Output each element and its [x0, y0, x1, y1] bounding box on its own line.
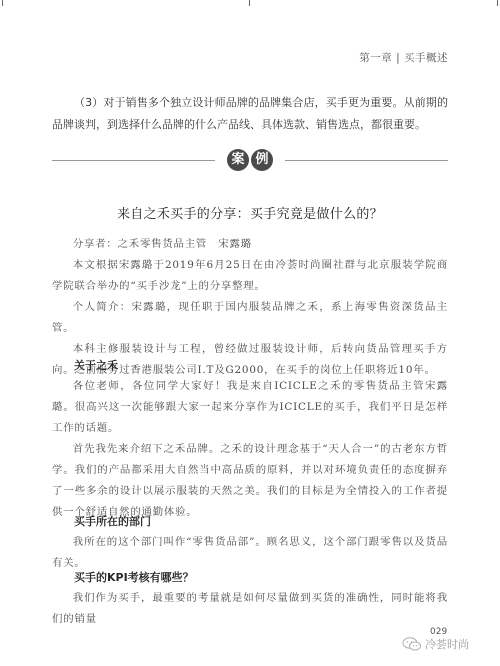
crop-mark-right [497, 0, 498, 6]
divider-rule-left [52, 160, 215, 161]
section-heading: 买手所在的部门 [52, 511, 448, 532]
watermark-text: 冷荟时尚 [425, 636, 469, 652]
intro-block: （3）对于销售多个独立设计师品牌的品牌集合店，买手更为重要。从前期的品牌谈判，到… [52, 92, 448, 135]
wechat-icon [402, 637, 422, 651]
source-note: 本文根据宋露璐于2019年6月25日在由冷荟时尚圈社群与北京服装学院商学院联合举… [52, 255, 448, 297]
crop-mark-center [249, 0, 250, 6]
case-divider: 案 例 [52, 145, 448, 175]
section-paragraph: 我们作为买手，最重要的考量就是如何尽量做到买货的准确性，同时能将我们的销量 [52, 588, 448, 630]
section-heading: 买手的KPI考核有哪些？ [52, 567, 448, 588]
case-badge-char: 例 [251, 149, 273, 171]
section-about: 关于之禾 各位老师，各位同学大家好！我是来自ICICLE之禾的零售货品主管宋露璐… [52, 355, 448, 523]
intro-paragraph: （3）对于销售多个独立设计师品牌的品牌集合店，买手更为重要。从前期的品牌谈判，到… [52, 92, 448, 135]
section-kpi: 买手的KPI考核有哪些？ 我们作为买手，最重要的考量就是如何尽量做到买货的准确性… [52, 567, 448, 630]
divider-rule-right [285, 160, 448, 161]
case-title: 来自之禾买手的分享：买手究竟是做什么的？ [52, 203, 448, 222]
bio-line: 个人简介：宋露璐，现任职于国内服装品牌之禾，系上海零售资深货品主管。 [52, 297, 448, 339]
section-paragraph: 各位老师，各位同学大家好！我是来自ICICLE之禾的零售货品主管宋露璐。很高兴这… [52, 376, 448, 439]
sharer-line: 分享者：之禾零售货品主管 宋露璐 [52, 234, 448, 255]
section-department: 买手所在的部门 我所在的这个部门叫作“零售货品部”。顾名思义，这个部门跟零售以及… [52, 511, 448, 574]
case-badge: 案 例 [227, 149, 273, 171]
section-heading: 关于之禾 [52, 355, 448, 376]
running-head: 第一章 | 买手概述 [359, 50, 448, 65]
crop-mark-left [2, 0, 3, 6]
watermark: 冷荟时尚 [402, 636, 469, 652]
case-badge-char: 案 [227, 149, 249, 171]
